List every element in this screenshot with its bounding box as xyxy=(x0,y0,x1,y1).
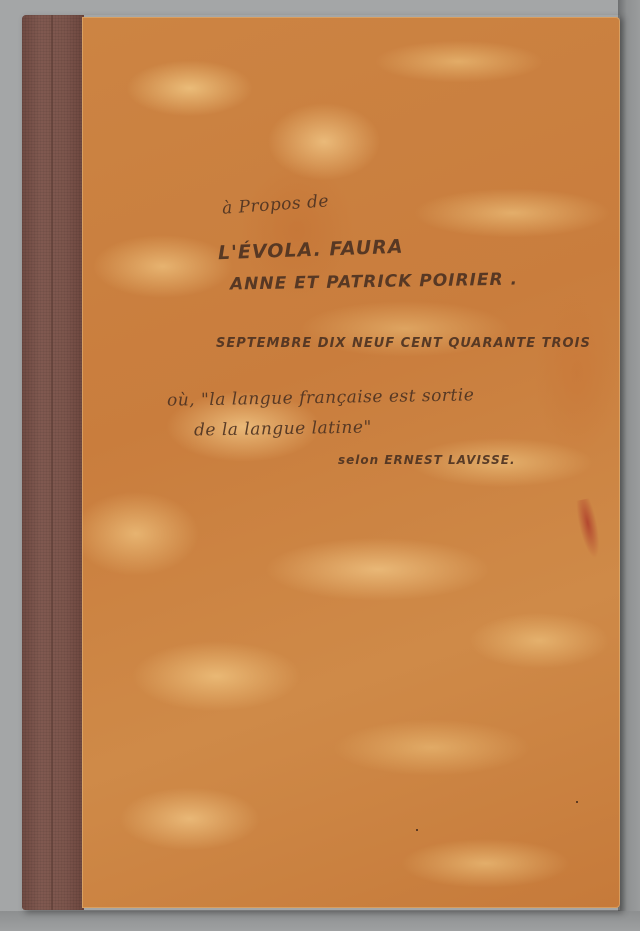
marbled-cover: à Propos de L'ÉVOLA. FAURA ANNE ET PATRI… xyxy=(82,17,620,908)
cover-speck xyxy=(416,829,418,831)
red-stain xyxy=(574,498,604,560)
inscription-line-3: ANNE ET PATRICK POIRIER . xyxy=(230,269,518,294)
background-bottom-edge xyxy=(0,911,640,931)
inscription-line-1: à Propos de xyxy=(221,191,329,218)
inscription-line-7: selon ERNEST LAVISSE. xyxy=(338,453,516,467)
book: à Propos de L'ÉVOLA. FAURA ANNE ET PATRI… xyxy=(22,15,620,910)
background-right-edge xyxy=(618,0,640,931)
inscription-line-5: où, "la langue française est sortie xyxy=(167,385,475,410)
inscription-line-2: L'ÉVOLA. FAURA xyxy=(218,236,404,264)
inscription-line-6: de la langue latine" xyxy=(194,417,372,440)
cover-speck xyxy=(576,801,578,803)
inscription-line-4: SEPTEMBRE DIX NEUF CENT QUARANTE TROIS xyxy=(216,336,591,351)
book-spine xyxy=(22,15,84,910)
spine-seam xyxy=(51,15,53,910)
